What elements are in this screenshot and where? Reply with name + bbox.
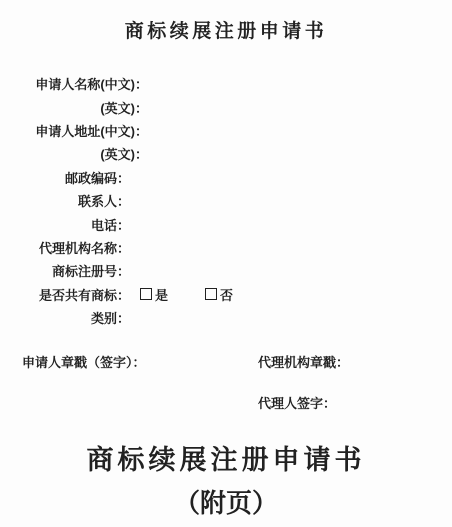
field-row-agency-name: 代理机构名称： — [0, 236, 452, 259]
field-row-applicant-address-cn: 申请人地址(中文)： — [0, 119, 452, 142]
agency-name-value[interactable] — [130, 236, 452, 259]
field-row-applicant-name-en: (英文)： — [0, 95, 452, 118]
shared-trademark-label: 是否共有商标： — [0, 285, 130, 304]
applicant-seal-label: 申请人章戳（签字）： — [22, 355, 146, 371]
shared-trademark-option-yes: 是 — [140, 285, 168, 304]
class-value[interactable] — [130, 306, 452, 329]
trademark-registration-number-value[interactable] — [130, 259, 452, 282]
field-row-telephone: 电话： — [0, 212, 452, 235]
applicant-name-cn-label: 申请人名称(中文)： — [0, 74, 148, 93]
contact-person-label: 联系人： — [0, 191, 130, 210]
applicant-name-cn-value[interactable] — [148, 72, 452, 95]
trademark-registration-number-label: 商标注册号： — [0, 261, 130, 280]
contact-person-value[interactable] — [130, 189, 452, 212]
shared-trademark-yes-label: 是 — [155, 285, 168, 304]
shared-trademark-option-no: 否 — [205, 285, 233, 304]
telephone-label: 电话： — [0, 215, 130, 234]
attachment-page-title: 商标续展注册申请书 — [0, 444, 452, 477]
applicant-address-en-label: (英文)： — [0, 144, 148, 163]
applicant-address-cn-label: 申请人地址(中文)： — [0, 121, 148, 140]
field-row-applicant-address-en: (英文)： — [0, 142, 452, 165]
shared-trademark-no-label: 否 — [220, 285, 233, 304]
field-row-contact-person: 联系人： — [0, 189, 452, 212]
agency-seal-label: 代理机构章戳： — [258, 355, 349, 371]
class-label: 类别： — [0, 308, 130, 327]
field-row-shared-trademark: 是否共有商标： 是 否 — [0, 283, 452, 306]
field-row-class: 类别： — [0, 306, 452, 329]
field-row-trademark-registration-number: 商标注册号： — [0, 259, 452, 282]
checkbox-no-icon[interactable] — [205, 288, 217, 300]
field-row-applicant-name-cn: 申请人名称(中文)： — [0, 72, 452, 95]
applicant-name-en-label: (英文)： — [0, 98, 148, 117]
postal-code-value[interactable] — [130, 166, 452, 189]
postal-code-label: 邮政编码： — [0, 168, 130, 187]
applicant-name-en-value[interactable] — [148, 95, 452, 118]
telephone-value[interactable] — [130, 212, 452, 235]
applicant-address-cn-value[interactable] — [148, 119, 452, 142]
page-title: 商标续展注册申请书 — [0, 19, 452, 44]
field-row-postal-code: 邮政编码： — [0, 166, 452, 189]
agent-signature-label: 代理人签字： — [258, 396, 336, 412]
agency-name-label: 代理机构名称： — [0, 238, 130, 257]
checkbox-yes-icon[interactable] — [140, 288, 152, 300]
form-fields: 申请人名称(中文)： (英文)： 申请人地址(中文)： (英文)： 邮政编码： … — [0, 72, 452, 329]
applicant-address-en-value[interactable] — [148, 142, 452, 165]
attachment-page-subtitle: （附页） — [0, 488, 452, 520]
